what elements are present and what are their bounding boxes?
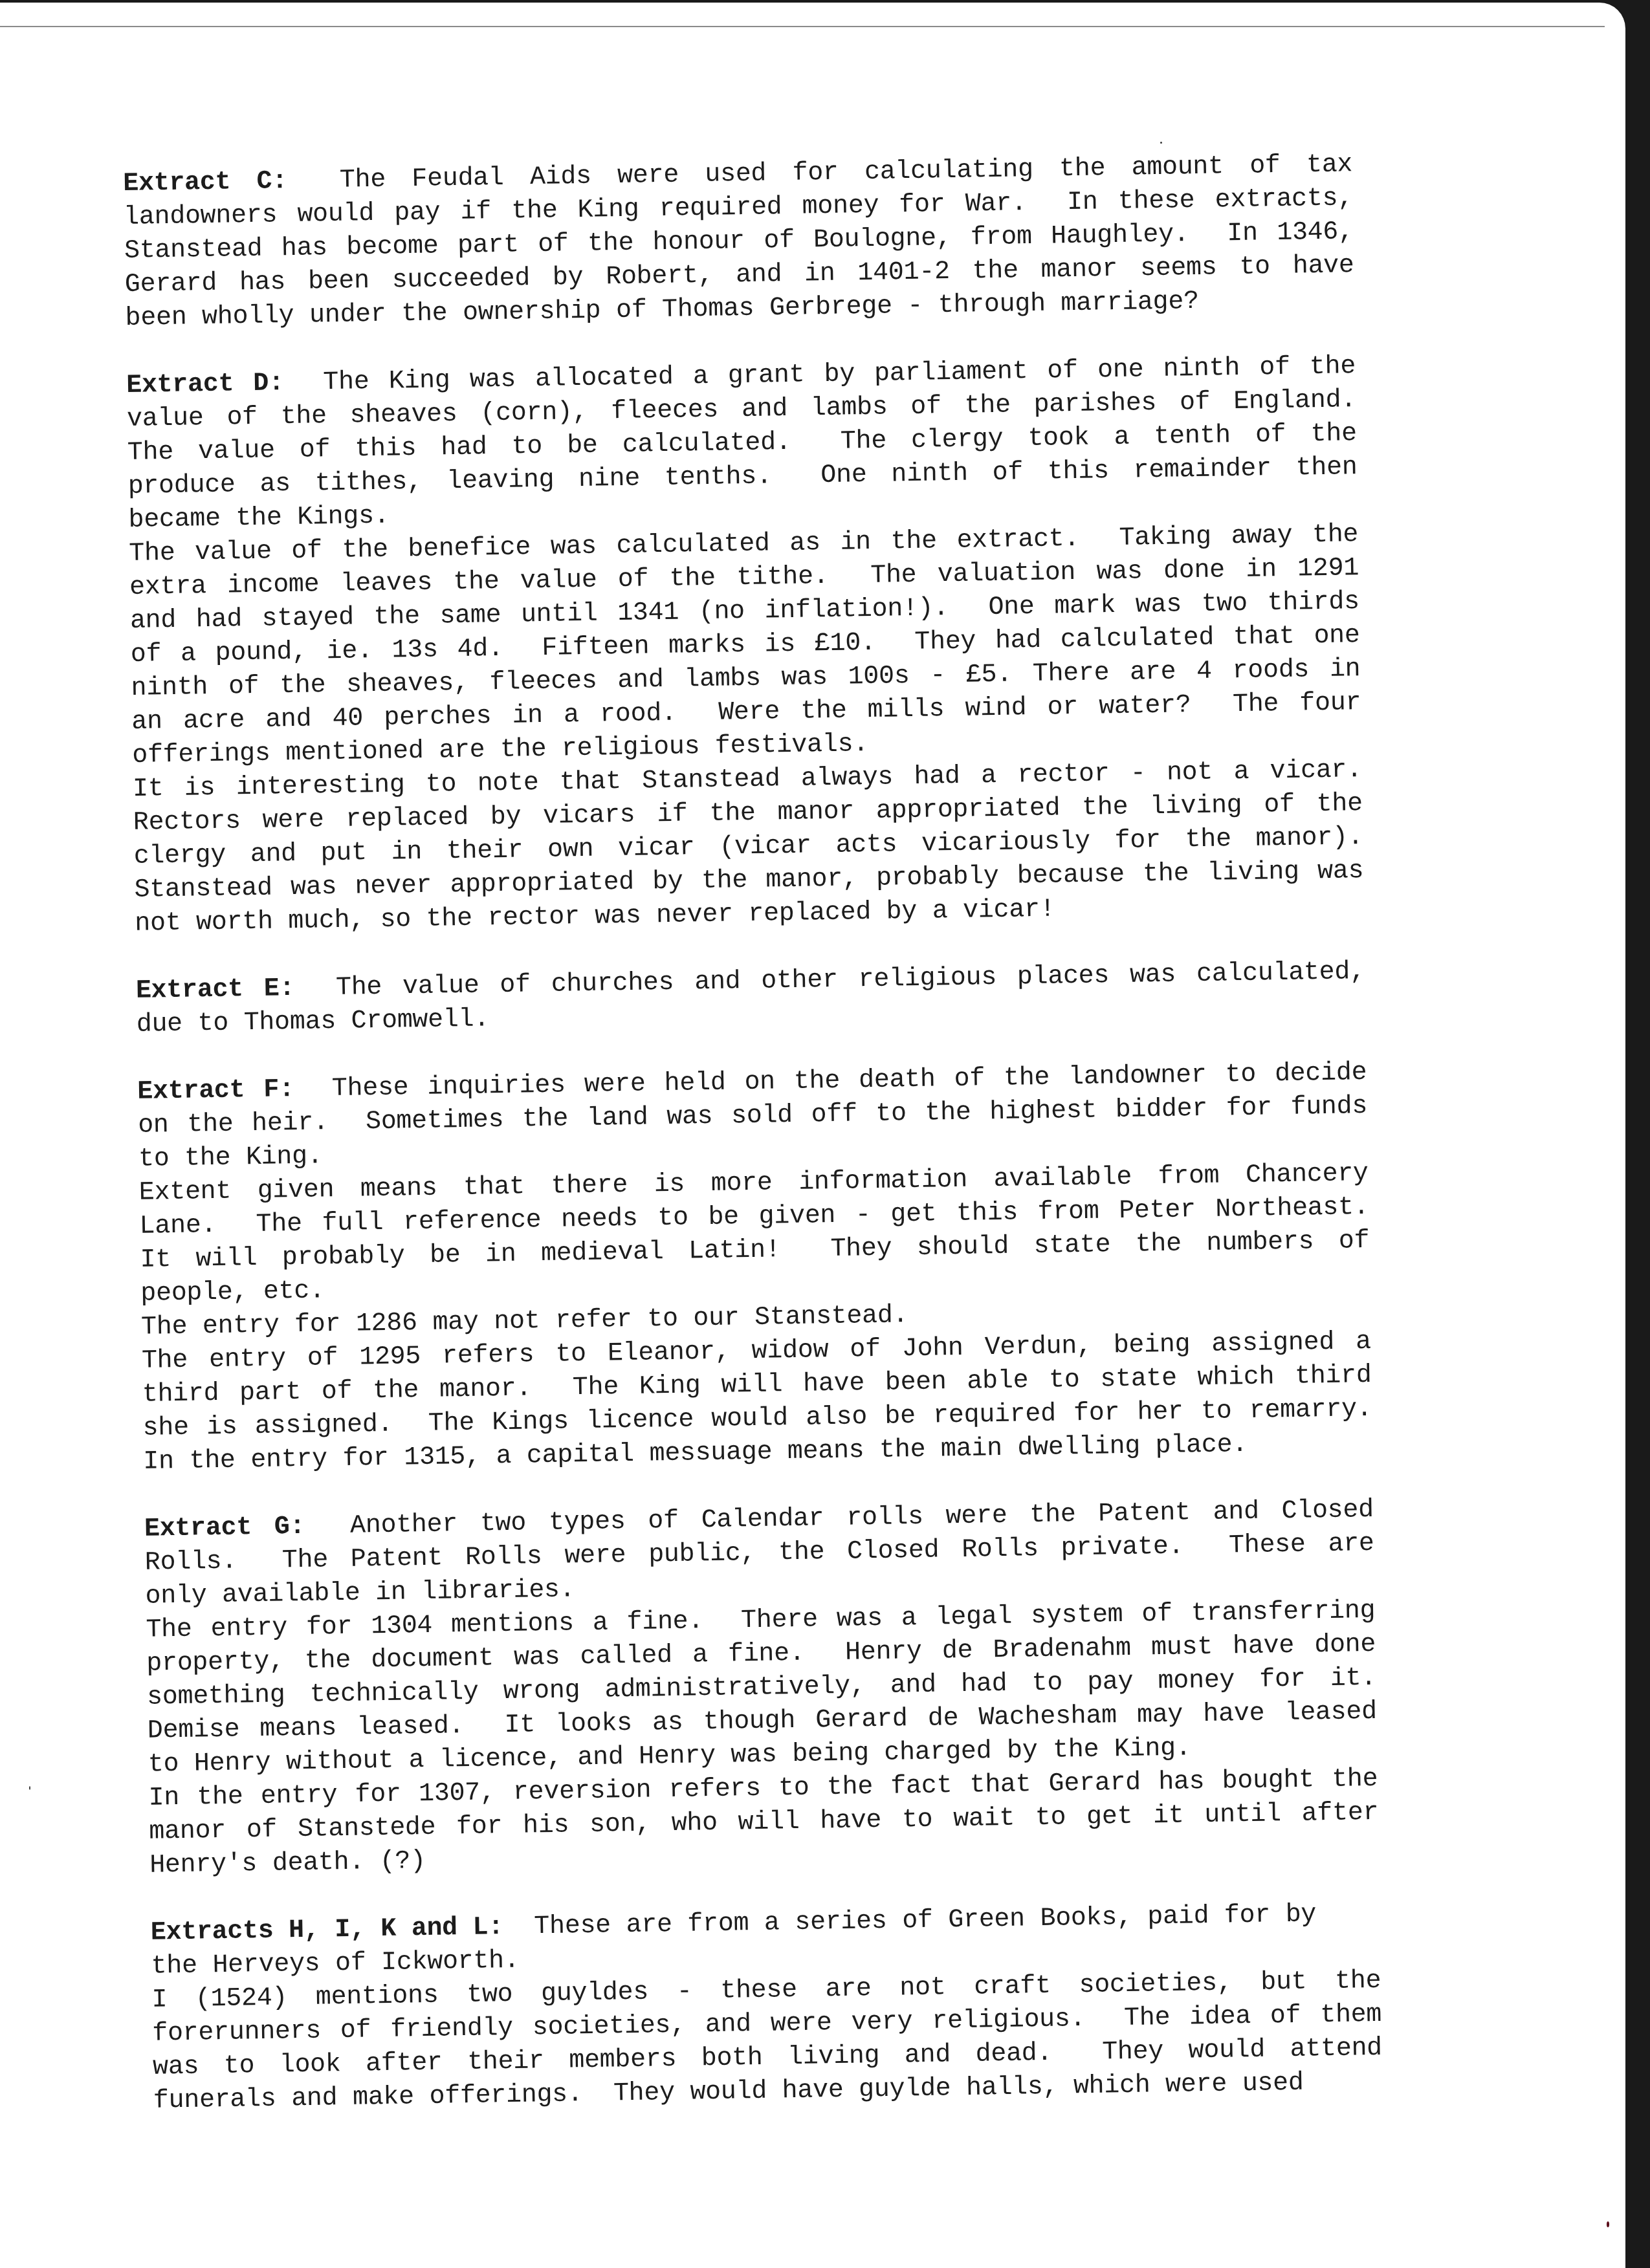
line-text: Henry's death. (?) (149, 1847, 426, 1881)
scanned-page: Extract C: The Feudal Aids were used for… (0, 3, 1625, 2268)
section-label: Extract F: (137, 1075, 294, 1107)
paragraph: Extracts H, I, K and L: These are from a… (150, 1897, 1383, 2119)
page-top-rule (0, 26, 1605, 27)
scan-speck (29, 1786, 30, 1790)
section-label: Extract E: (136, 974, 295, 1006)
line-text: due to Thomas Cromwell. (136, 1005, 489, 1040)
section-label: Extract G: (144, 1512, 305, 1544)
paragraph: Extract C: The Feudal Aids were used for… (123, 148, 1355, 336)
line-text: the Herveys of Ickworth. (151, 1946, 520, 1981)
scan-speck (1607, 2221, 1609, 2227)
line-text: became the Kings. (128, 502, 390, 535)
paragraph: Extract E: The value of churches and oth… (136, 955, 1366, 1042)
line-text: to the King. (138, 1142, 323, 1173)
document-body: Extract C: The Feudal Aids were used for… (123, 148, 1383, 2152)
scan-speck (1160, 142, 1162, 144)
line-text: people, etc. (140, 1276, 325, 1308)
line-text: only available in libraries. (145, 1575, 575, 1611)
paragraph: Extract G: Another two types of Calendar… (144, 1494, 1380, 1883)
paragraph: Extract F: These inquiries were held on … (137, 1056, 1373, 1479)
section-label: Extracts H, I, K and L: (151, 1913, 504, 1948)
section-label: Extract C: (123, 167, 287, 199)
section-label: Extract D: (126, 369, 284, 400)
paragraph: Extract D: The King was allocated a gran… (126, 350, 1365, 941)
